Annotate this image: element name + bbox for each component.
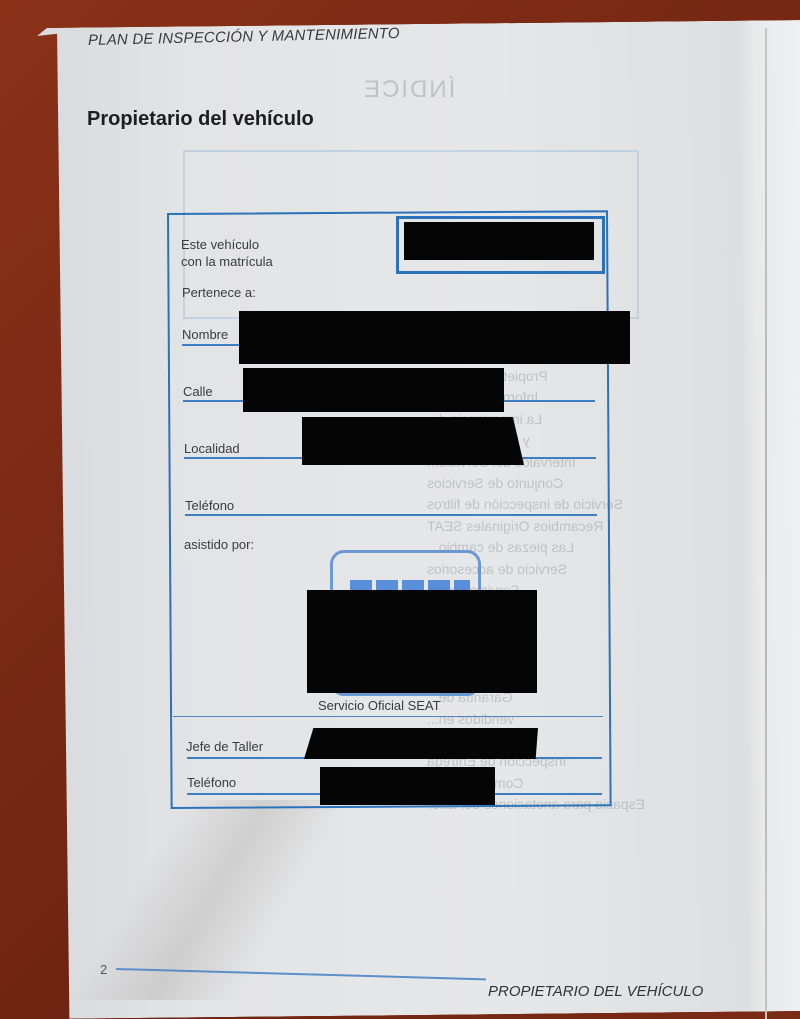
phone-field[interactable] [185, 514, 597, 516]
phone-label: Teléfono [185, 498, 234, 513]
service-caption: Servicio Oficial SEAT [318, 698, 441, 713]
page-number: 2 [100, 962, 107, 977]
street-label: Calle [183, 384, 213, 399]
workshop-chief-redaction [304, 728, 538, 759]
assisted-by-label: asistido por: [184, 537, 254, 552]
workshop-phone-label: Teléfono [187, 775, 236, 790]
vehicle-label-line1: Este vehículo [181, 236, 273, 253]
form-divider [173, 716, 603, 717]
name-redaction [239, 311, 630, 364]
page-fold-crease [765, 28, 767, 1019]
city-label: Localidad [184, 441, 240, 456]
name-label: Nombre [182, 327, 228, 342]
workshop-phone-redaction [320, 767, 495, 805]
city-redaction [302, 417, 524, 465]
show-through-heading: ÍNDICE [362, 76, 455, 104]
belongs-to-label: Pertenece a: [182, 285, 256, 300]
stamp-redaction [307, 590, 537, 693]
plate-redaction [404, 222, 594, 260]
vehicle-plate-label: Este vehículo con la matrícula [181, 236, 273, 270]
workshop-chief-label: Jefe de Taller [186, 739, 263, 754]
page-title: Propietario del vehículo [87, 108, 314, 131]
vehicle-label-line2: con la matrícula [181, 253, 273, 270]
footer-section-title: PROPIETARIO DEL VEHÍCULO [488, 983, 703, 1000]
street-redaction [243, 368, 504, 412]
